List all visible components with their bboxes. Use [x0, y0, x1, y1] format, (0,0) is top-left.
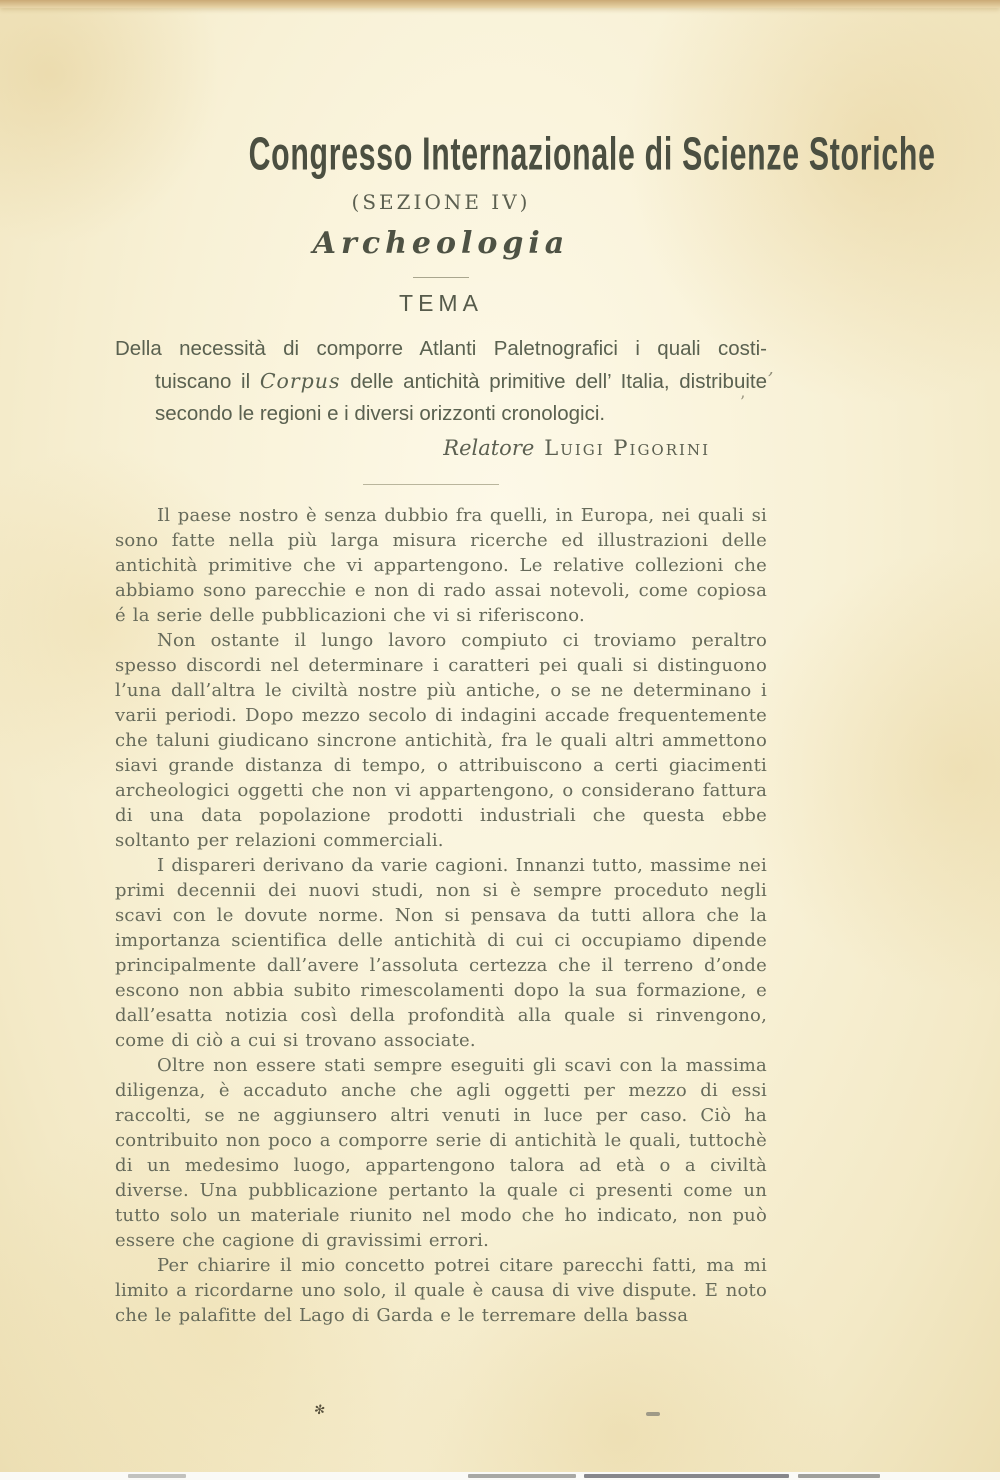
paragraph-3: I dispareri derivano da varie cagioni. I… [115, 853, 767, 1053]
page-title-text: Congresso Internazionale di Scienze Stor… [249, 128, 936, 181]
section-heading: (SEZIONE IV) [115, 190, 767, 214]
bottom-edge-dash-2 [584, 1474, 789, 1478]
tema-paragraph: Della necessità di comporre Atlanti Pale… [115, 333, 767, 430]
scan-bottom-edge [0, 1472, 1000, 1480]
ink-smudge-dash [646, 1412, 660, 1416]
tema-line-2-pre: tuiscano il [155, 370, 260, 393]
scanned-page: Congresso Internazionale di Scienze Stor… [0, 0, 1000, 1480]
paragraph-1: Il paese nostro è senza dubbio fra quell… [115, 503, 767, 628]
bottom-edge-dash-3 [798, 1474, 880, 1478]
bottom-edge-dash-1 [468, 1474, 576, 1478]
page-content: Congresso Internazionale di Scienze Stor… [115, 0, 767, 1328]
relatore-name: Luigi Pigorini [544, 436, 710, 460]
discipline-heading: Archeologia [115, 226, 767, 261]
divider-rule-top [413, 277, 469, 278]
relatore-line: RelatoreLuigi Pigorini [115, 436, 767, 460]
divider-rule-middle [363, 484, 499, 485]
bottom-edge-dash-4 [128, 1474, 186, 1478]
tema-heading: TEMA [115, 290, 767, 317]
tema-line-3: secondo le regioni e i diversi orizzonti… [115, 398, 767, 430]
paragraph-2: Non ostante il lungo lavoro compiuto ci … [115, 628, 767, 853]
body-text: Il paese nostro è senza dubbio fra quell… [115, 503, 767, 1328]
page-title: Congresso Internazionale di Scienze Stor… [115, 130, 767, 178]
tema-line-2: tuiscano il Corpus delle antichità primi… [115, 365, 767, 398]
tema-line-2-post: delle antichità primitive dell’ Italia, … [341, 370, 768, 393]
stray-comma-mark: , [768, 358, 774, 379]
paragraph-5: Per chiarire il mio concetto potrei cita… [115, 1253, 767, 1328]
paragraph-4: Oltre non essere stati sempre eseguiti g… [115, 1053, 767, 1253]
relatore-label: Relatore [443, 436, 534, 460]
corpus-italic: Corpus [260, 369, 341, 393]
ink-blot-asterisk: ✻ [313, 1402, 326, 1419]
tema-line-1: Della necessità di comporre Atlanti Pale… [115, 333, 767, 365]
